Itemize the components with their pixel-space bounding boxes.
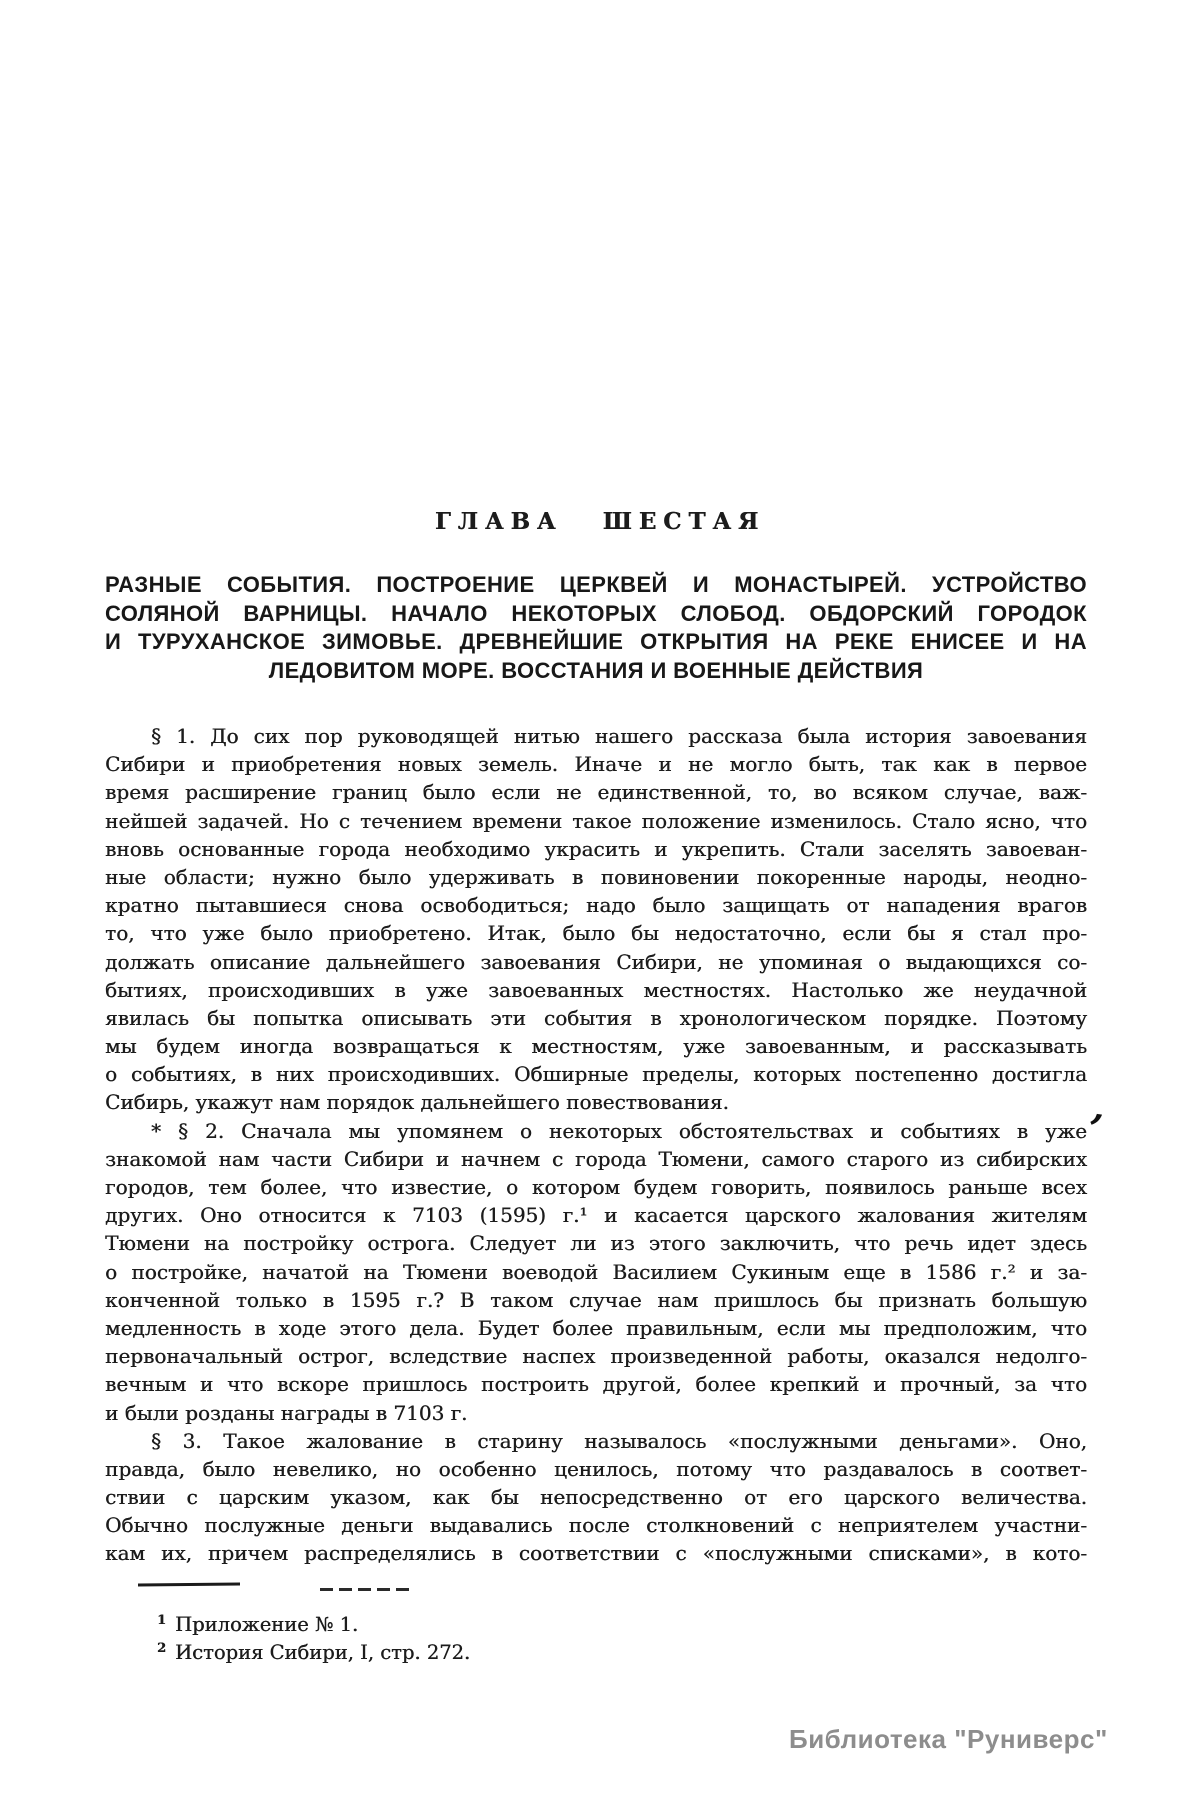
library-watermark: Библиотека "Руниверс" [789,1724,1108,1755]
footnote-text: Приложение № 1. [175,1613,358,1636]
footnote: 1Приложение № 1. [157,1611,470,1639]
footnote-marker: 2 [157,1641,166,1656]
body-line: то, что уже было приобретено. Итак, было… [105,919,1087,947]
chapter-heading-line: РАЗНЫЕ СОБЫТИЯ. ПОСТРОЕНИЕ ЦЕРКВЕЙ И МОН… [105,571,1087,600]
body-line: бытиях, происходивших в уже завоеванных … [105,976,1087,1004]
body-line: Обычно послужные деньги выдавались после… [105,1511,1087,1539]
body-line: мы будем иногда возвращаться к местностя… [105,1032,1087,1060]
chapter-title: ГЛАВА ШЕСТАЯ [0,508,1200,535]
footnote-separator-rule-dashed [320,1588,410,1591]
body-line: кам их, причем распределялись в соответс… [105,1539,1087,1567]
chapter-heading-line: СОЛЯНОЙ ВАРНИЦЫ. НАЧАЛО НЕКОТОРЫХ СЛОБОД… [105,600,1087,629]
body-line: ствии с царским указом, как бы непосредс… [105,1483,1087,1511]
body-line: Тюмени на постройку острога. Следует ли … [105,1229,1087,1257]
ink-blot-mark: ’ [1085,1105,1105,1153]
body-line: явилась бы попытка описывать эти события… [105,1004,1087,1032]
chapter-heading-line: ЛЕДОВИТОМ МОРЕ. ВОССТАНИЯ И ВОЕННЫЕ ДЕЙС… [105,657,1087,686]
body-line: кратно пытавшиеся снова освободиться; на… [105,891,1087,919]
chapter-heading: РАЗНЫЕ СОБЫТИЯ. ПОСТРОЕНИЕ ЦЕРКВЕЙ И МОН… [105,571,1087,685]
body-line: о постройке, начатой на Тюмени воеводой … [105,1258,1087,1286]
book-page-scan: ГЛАВА ШЕСТАЯ РАЗНЫЕ СОБЫТИЯ. ПОСТРОЕНИЕ … [0,0,1200,1794]
body-line: других. Оно относится к 7103 (1595) г.¹ … [105,1201,1087,1229]
body-line: ные области; нужно было удерживать в пов… [105,863,1087,891]
body-line: вечным и что вскоре пришлось построить д… [105,1370,1087,1398]
body-line: первоначальный острог, вследствие наспех… [105,1342,1087,1370]
footnotes: 1Приложение № 1.2История Сибири, I, стр.… [157,1611,470,1667]
body-line: вновь основанные города необходимо украс… [105,835,1087,863]
body-line: правда, было невелико, но особенно ценил… [105,1455,1087,1483]
body-line: и были розданы награды в 7103 г. [105,1399,1087,1427]
footnote-text: История Сибири, I, стр. 272. [175,1641,470,1664]
body-line: знакомой нам части Сибири и начнем с гор… [105,1145,1087,1173]
body-text: § 1. До сих пор руководящей нитью нашего… [105,722,1087,1568]
body-line: конченной только в 1595 г.? В таком случ… [105,1286,1087,1314]
footnote-marker: 1 [157,1613,166,1628]
footnote-separator-rule [138,1583,240,1587]
body-line: должать описание дальнейшего завоевания … [105,948,1087,976]
body-line: * § 2. Сначала мы упомянем о некоторых о… [105,1117,1087,1145]
body-line: Сибири и приобретения новых земель. Инач… [105,750,1087,778]
body-line: нейшей задачей. Но с течением времени та… [105,807,1087,835]
body-line: о событиях, в них происходивших. Обширны… [105,1060,1087,1088]
body-line: время расширение границ было если не еди… [105,778,1087,806]
body-line: городов, тем более, что известие, о кото… [105,1173,1087,1201]
body-line: § 3. Такое жалование в старину называлос… [105,1427,1087,1455]
body-line: Сибирь, укажут нам порядок дальнейшего п… [105,1088,1087,1116]
chapter-heading-line: И ТУРУХАНСКОЕ ЗИМОВЬЕ. ДРЕВНЕЙШИЕ ОТКРЫТ… [105,628,1087,657]
body-line: медленность в ходе этого дела. Будет бол… [105,1314,1087,1342]
body-line: § 1. До сих пор руководящей нитью нашего… [105,722,1087,750]
footnote: 2История Сибири, I, стр. 272. [157,1639,470,1667]
